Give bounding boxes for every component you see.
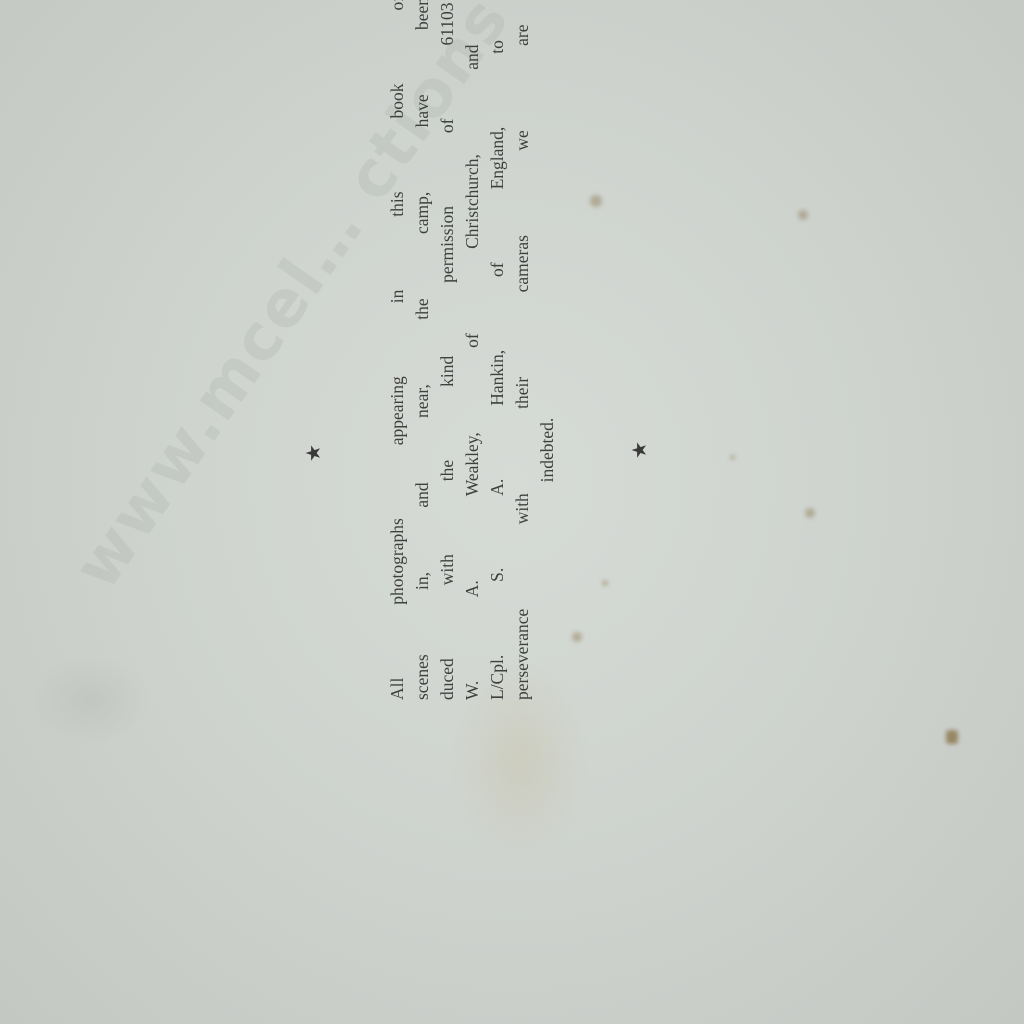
foxing-spot: [798, 210, 808, 220]
foxing-spot: [602, 580, 608, 586]
paragraph-line: indebted.: [535, 200, 560, 700]
foxing-spot: [572, 632, 582, 642]
foxing-spot: [590, 195, 602, 207]
acknowledgement-paragraph: All photographs appearing in this book o…: [385, 200, 560, 700]
paragraph-line: duced with the kind permission of 61103 …: [435, 200, 460, 700]
paragraph-line: scenes in, and near, the camp, have been…: [410, 200, 435, 700]
foxing-spot: [946, 730, 958, 744]
paragraph-line: All photographs appearing in this book o…: [385, 200, 410, 700]
star-ornament-bottom: ★: [629, 440, 649, 460]
book-page: www.mcel… ctions ★ ★ All photographs app…: [0, 0, 1024, 1024]
paragraph-line: W. A. Weakley, of Christchurch, and 6342…: [460, 200, 485, 700]
foxing-spot: [805, 508, 815, 518]
paragraph-line: perseverance with their cameras we are g…: [510, 200, 535, 700]
star-ornament-top: ★: [303, 443, 323, 463]
foxing-spot: [730, 455, 735, 460]
paragraph-line: L/Cpl. S. A. Hankin, of England, to whos…: [485, 200, 510, 700]
